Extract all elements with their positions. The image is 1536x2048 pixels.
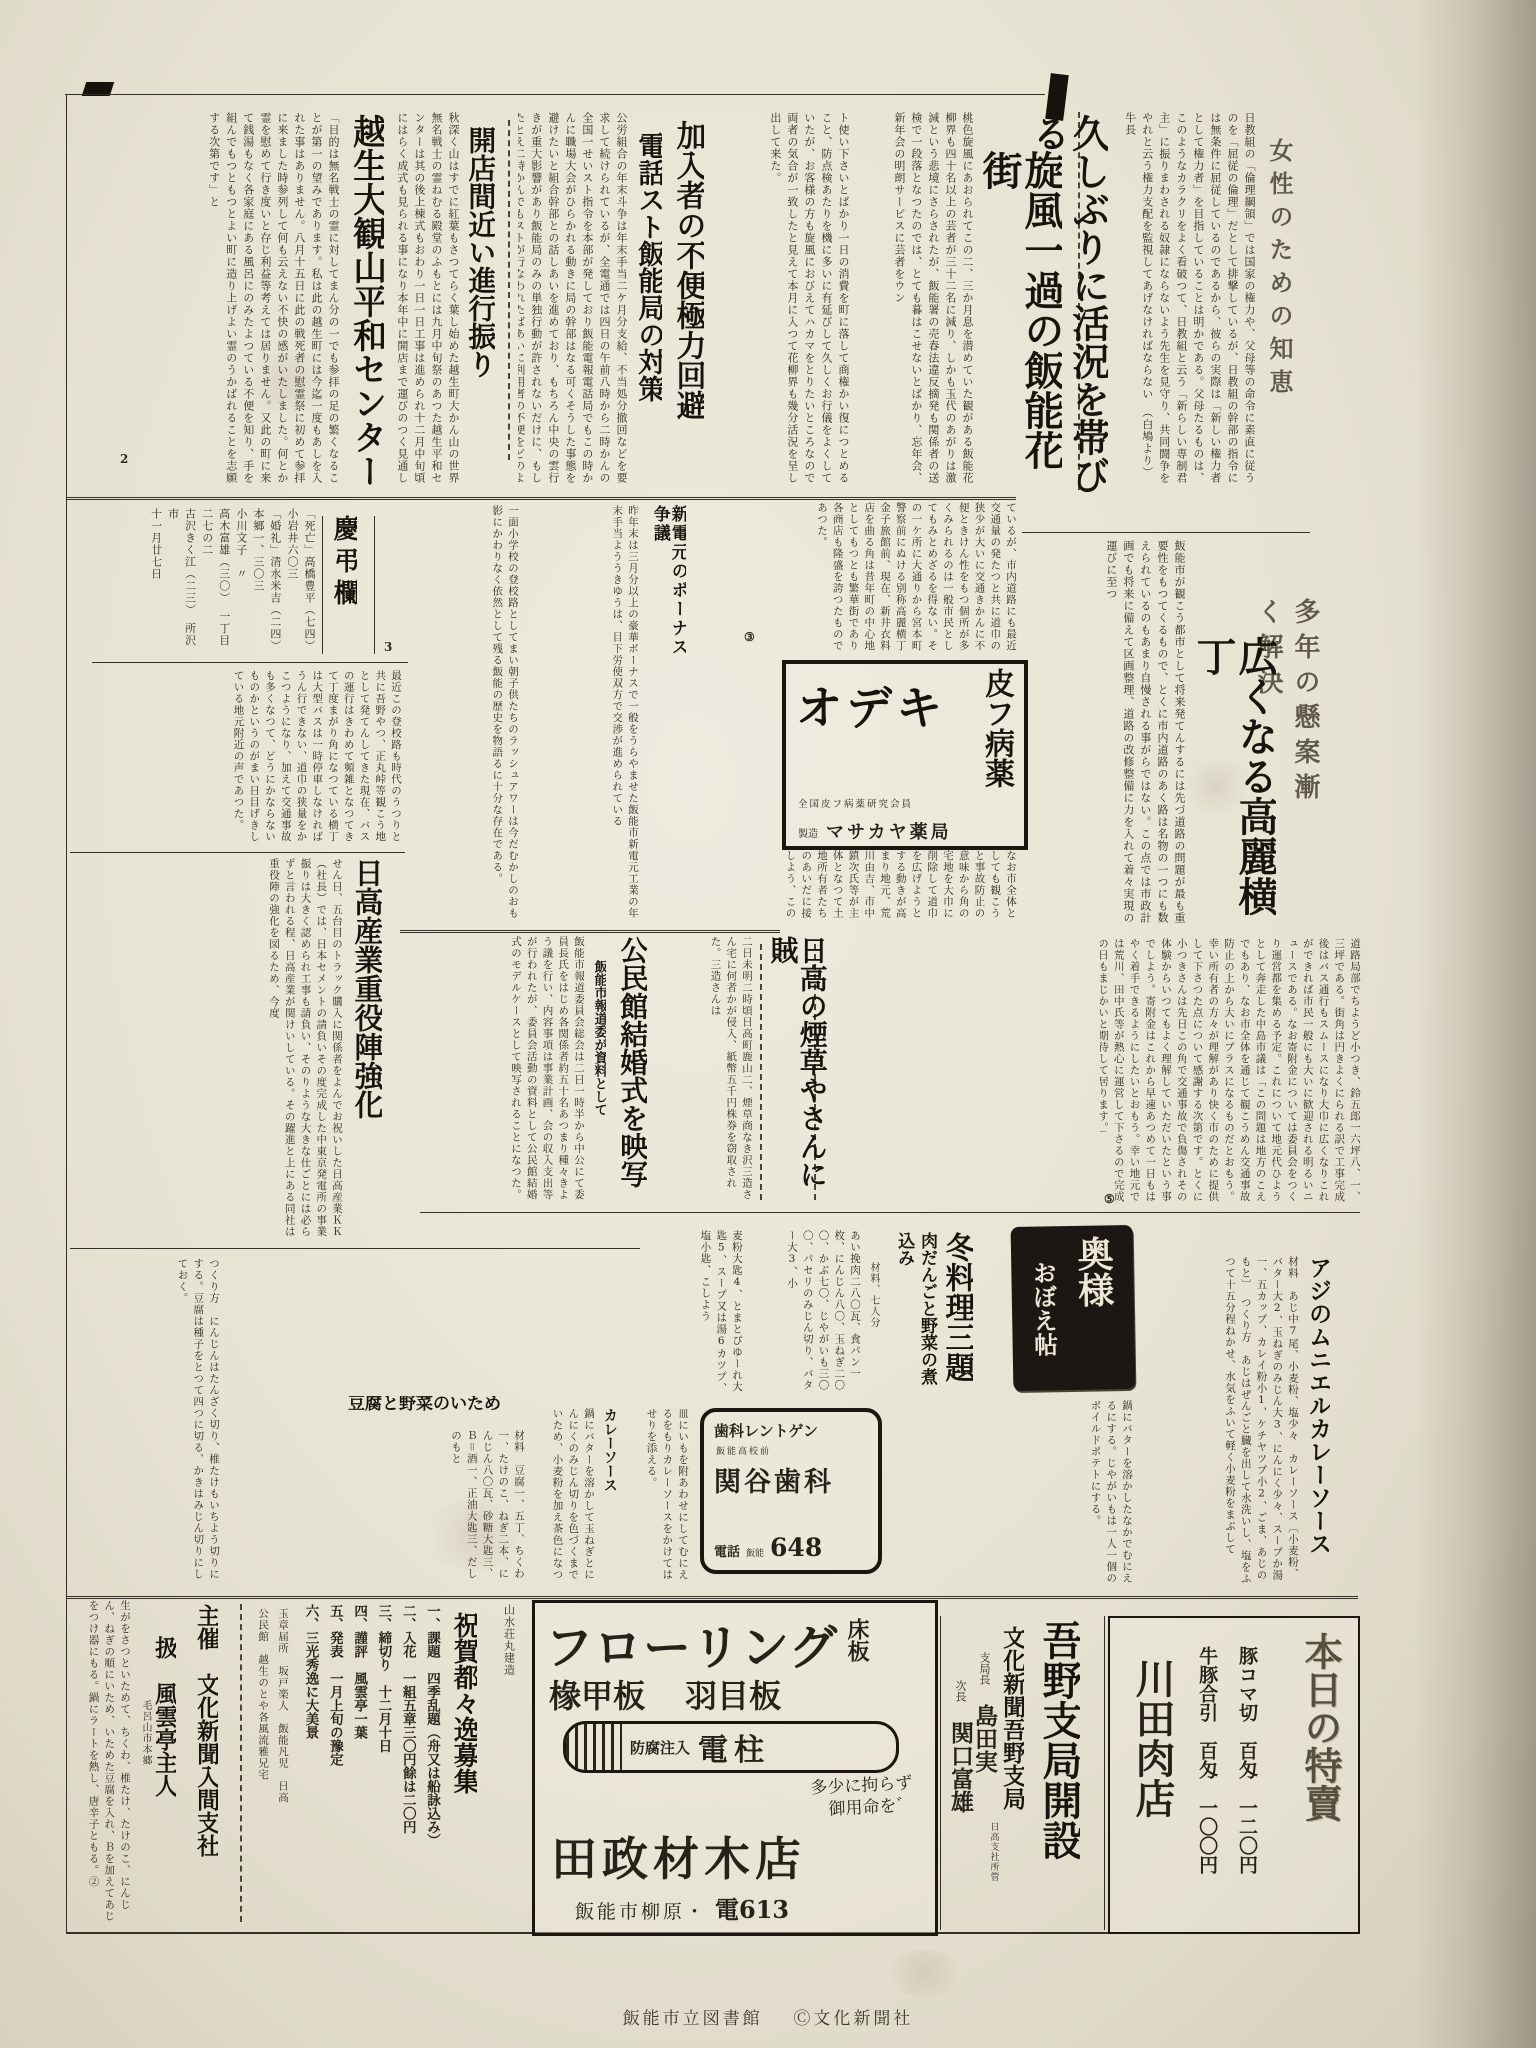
- dodoitsu-items: 一、課題 四季乱題（舟又は船詠込み） 二、入花 一組五章三〇円餘は二〇円 三、締…: [296, 1604, 444, 1924]
- recipe3-title: 豆腐と野菜のいため: [348, 1396, 528, 1422]
- shindengen-headline: 新電元のボーナス争議: [650, 505, 686, 675]
- rowD-top-rule: [66, 1596, 1358, 1599]
- koma-body1: 飯能市が観こう都市として将来発てんするには先づ道路の問題が最も重要性をもつてくる…: [1022, 540, 1188, 930]
- top-rule: [65, 94, 1045, 95]
- fuyu-headline: 冬料理三題: [941, 1232, 973, 1396]
- recipe1-body2: 麦粉大匙4、とまとぴゆーれ大匙5、スープ又は湯6カツプ、塩小匙、こしよう: [648, 1230, 744, 1394]
- tamasa-ad-pole-badge: 防腐注入 電柱: [563, 1721, 899, 1773]
- recipe3-method1: つくり方 にんじんはたんざく切り、椎たけもいちよう切りにする。豆腐は種子をとつて…: [96, 1258, 221, 1588]
- wavy-rule: [508, 120, 510, 460]
- gano-name-2: 関口富雄: [947, 1721, 974, 1813]
- column-marker: 2: [120, 452, 128, 466]
- tamasa-ad-product2: 床板: [842, 1618, 873, 1670]
- kawada-ad-shop: 川田肉店: [1124, 1658, 1181, 1918]
- torn-paper-edge: [1414, 0, 1536, 2048]
- aji-method1: 鍋にバターを溶かしたなかでむにえるにする。じやがいもは一人一個のボイルドポテトに…: [1014, 1400, 1134, 1590]
- tamasa-ad-badge-small: 防腐注入: [630, 1737, 690, 1758]
- ogose-body1: 秋深く山はすでに紅葉もさつてらく葉し始めた越生町大かん山の世界無名戦士の霊ねむる…: [396, 112, 462, 494]
- tamasa-ad: フローリング 床板 椽甲板 羽目板 防腐注入 電柱 多少に拘らず 御用命を゛ 田…: [532, 1600, 938, 1936]
- koma-body3b: 最近この登校路も時代のうつりと共に吾野やつ、正丸峠等観こう地として発てんしてきた…: [95, 670, 403, 846]
- hanamachi-lede: 桃色旋風にあおられてこの二、三か月息を潜めていた観がある飯能花柳界も四十名以上の…: [858, 112, 976, 494]
- rowA-bottom-rule: [66, 497, 1016, 500]
- denwa-body: 公労組合の年末斗争は年末手当二ケ月分支給、不当処分撤回などを要求して続けられてい…: [518, 112, 630, 494]
- keicho-decor-rule: [374, 516, 375, 654]
- keicho-bottom-rule: [92, 662, 408, 663]
- keicho-entries: 「死亡」高橋豊平（七四） 小岩井六〇三 「婚礼」清水米吉（二四） 本郷一、三〇三…: [98, 508, 318, 658]
- column-marker: 3: [384, 640, 392, 654]
- sekiya-ad: 歯科レントゲン 飯能高校前 関谷歯科 電話 飯能 648: [700, 1408, 882, 1574]
- recipe3-body: 材料 豆腐一、五丁、ちくわ一、たけのこ、ねぎ二本、にんじん八〇瓦、砂糖大匙三、Ｂ…: [228, 1430, 526, 1586]
- kawada-ad-items: 豚コマ切 百匁 一二〇円 牛豚合引 百匁 一〇〇円: [1186, 1646, 1266, 1920]
- dodoitsu-host: 主催 文化新聞入間支社: [194, 1604, 218, 1930]
- column-marker: ⑤: [1104, 1192, 1115, 1206]
- koma-headline: 広くなる高麗横丁: [1192, 636, 1276, 932]
- recipe1-title: 肉だんごと野菜の煮込み: [890, 1232, 938, 1400]
- wavy-rule: [760, 944, 762, 1200]
- footer-library: 飯能市立図書館: [623, 2009, 763, 2029]
- kawada-ad-title: 本日の特賣: [1293, 1632, 1348, 1918]
- keicho-title: 慶弔欄: [330, 515, 357, 657]
- sekiya-ad-tel-area: 飯能: [746, 1546, 764, 1559]
- odeki-ad-member: 全国皮フ病薬研究会員: [798, 796, 913, 810]
- tamasa-ad-product: フローリング: [545, 1609, 838, 1678]
- wisdom-title: 女性のための知恵: [1262, 138, 1297, 448]
- recipe3-body2: 生がをさつといためて、ちくわ、椎たけ、たけのこ、にんじん、ねぎの順にいため、いた…: [80, 1600, 132, 1930]
- gano-rule: [940, 1616, 941, 1930]
- thief-body: 二日未明二時頃日高町鹿山二、煙草商なき沢三造さん宅に何者かが侵入、紙幣五千円株券…: [652, 936, 754, 1208]
- tamasa-ad-badge-big: 電柱: [698, 1725, 770, 1769]
- koma-body5: 道路局部でちようど小つき、鈴五郎一六坪八、一、三坪である。街角は円きよくにられる…: [1100, 938, 1362, 1206]
- rowC-mid-rule: [420, 1212, 1360, 1213]
- left-rule: [66, 94, 67, 1934]
- shindengen-body: 昨年末は三月分以上の豪華ボーナスで一般をうらやませた飯能市新電元工業の年末手当よ…: [528, 505, 640, 930]
- ogose-body2: 「目的は無名戦士の霊に対してまん分の一でも参拝の足の繁くなることが第一の望みであ…: [92, 112, 342, 494]
- kouminkan-headline: 公民館結婚式を映写: [618, 936, 647, 1208]
- kouminkan-subhead: 飯能市報道委が資料として: [592, 960, 606, 1206]
- thief-headline: 日高の煙草やさんに賊: [768, 936, 827, 1214]
- dodoitsu-pre: 山水荘丸建造: [500, 1604, 517, 1724]
- koma-body4: なお市全体としても観こうと事故防止の意味から角の宅地を大巾に削除して道巾を広げよ…: [782, 850, 1018, 928]
- gano-person-2: 次長 関口富雄: [944, 1680, 977, 1930]
- okusama-word2: おぼえ帖: [1025, 1260, 1062, 1385]
- ogose-headline-big: 越生大観山平和センター: [348, 114, 384, 492]
- wavy-rule: [240, 1604, 242, 1922]
- sekiya-ad-location: 飯能高校前: [716, 1444, 771, 1457]
- left-mid-rule: [70, 852, 405, 853]
- column-marker: ③: [744, 630, 755, 644]
- odeki-ad-product: オデキ: [796, 672, 946, 738]
- gano-role-2: 次長: [954, 1680, 967, 1702]
- denwa-headline-a: 加入者の不便極力回避: [672, 120, 704, 460]
- hanamachi-body: ト使い下さいとばかり一日の消費を町に落して商権かい復につとめること、防点検あたり…: [740, 112, 852, 494]
- footer-copyright: Ⓒ文化新聞社: [793, 2009, 913, 2029]
- dodoitsu-handler: 扱 風雲亭主人: [152, 1636, 176, 1922]
- left-low-rule: [70, 1248, 640, 1249]
- tamasa-ad-board-b: 羽目板: [685, 1671, 781, 1717]
- keicho-decor-rule: [322, 516, 323, 654]
- aji-method3: 鍋にバターを溶かして玉ねぎとにんにくのみじん切りを色づくまでいため、小麦粉を加え…: [528, 1408, 596, 1588]
- gano-rule: [1104, 1616, 1105, 1930]
- aji-method2: 皿にいもを附あわせにしてむにえるをもりカレーソースをかけてはせりを添える。: [628, 1408, 690, 1588]
- gano-role-1: 支局長: [978, 1652, 991, 1685]
- footer-caption: 飯能市立図書館 Ⓒ文化新聞社: [0, 2004, 1536, 2029]
- odeki-ad: オデキ 皮フ病薬 全国皮フ病薬研究会員 製造 マサカヤ薬局: [782, 660, 1028, 850]
- dodoitsu-handler-addr: 毛呂山市本郷: [138, 1700, 153, 1850]
- okusama-box: 奥様 おぼえ帖: [1011, 1225, 1136, 1391]
- sekiya-ad-name: 関谷歯科: [714, 1460, 834, 1499]
- sangyo-headline: 日高産業重役陣強化: [352, 858, 382, 1154]
- koma-body3a: 一面小学校の登校路としてまい朝子供たちのラッシュアワーは今だむかしのおも影にかわ…: [412, 505, 520, 930]
- kawada-ad: 本日の特賣 豚コマ切 百匁 一二〇円 牛豚合引 百匁 一〇〇円 川田肉店: [1108, 1616, 1360, 1934]
- aji-headline: アジのムニエルカレーソース: [1306, 1256, 1330, 1592]
- odeki-ad-category: 皮フ病薬: [974, 668, 1018, 838]
- recipe1-body: あい挽肉二八〇瓦、食パン一枚、にんじん八〇、玉ねぎ二〇〇、かぶ七〇、じやがいも三…: [752, 1230, 862, 1394]
- tamasa-ad-board-a: 椽甲板: [549, 1671, 645, 1717]
- dodoitsu-places: 玉章届所 坂戸楽人 飯能凡児 日高 公民館 越生のとや各風流雅兄宅: [250, 1608, 292, 1924]
- sekiya-ad-service: 歯科レントゲン: [714, 1420, 818, 1441]
- okusama-word1: 奥様: [1068, 1235, 1121, 1376]
- ogose-headline-small: 開店間近い進行振り: [466, 126, 495, 436]
- recipe1-note: 材料、七人分: [866, 1262, 881, 1362]
- denwa-headline-b: 電話スト飯能局の対策: [634, 132, 662, 462]
- sangyo-body: せん日、五台目のトラック購入に関係者をよんでお祝いした日高産業ＫＫ（社長）では、…: [90, 858, 344, 1238]
- newspaper-page: 女性のための知恵 日教組の「倫理綱領」では国家の権力や、父母等の命令に素直に従う…: [0, 0, 1536, 2048]
- log-end-icon: [566, 1724, 622, 1770]
- sekiya-ad-tel-number: 648: [770, 1533, 822, 1562]
- kouminkan-body: 飯能市報道委員会総会は二日一時半から中公にて委員長氏をはじめ各関係者約五十名あつ…: [420, 936, 586, 1208]
- paper-stain: [880, 1950, 970, 1996]
- rowB-bottom-rule: [400, 930, 780, 933]
- odeki-ad-maker: マサカヤ薬局: [826, 818, 952, 844]
- aji-materials: 材料 あじ中7尾、小麦粉、塩少々 カレーソース〔小麦粉、バター大2、玉ねぎのみじ…: [1146, 1256, 1300, 1590]
- koma-top-rule: [1022, 532, 1310, 533]
- sekiya-ad-tel-label: 電話: [714, 1541, 740, 1560]
- gano-headline: 吾野支局開設: [1038, 1620, 1080, 1928]
- gano-org: 文化新聞吾野支局: [1000, 1626, 1024, 1878]
- hanamachi-headline-b: 旋風一過の飯能花街: [978, 150, 1062, 496]
- dodoitsu-title: 祝賀都々逸募集: [450, 1612, 477, 1864]
- tamasa-ad-shop: 田政材木店: [551, 1823, 806, 1889]
- koma-body2: ているが、市内道路にも最近交通量の発たつと共に道巾の狭少が大いに交通きかんに不便…: [782, 502, 1018, 654]
- tamasa-ad-address: 飯能市柳原・: [575, 1897, 707, 1924]
- tamasa-ad-tel: 電613: [715, 1890, 789, 1925]
- aji-sauce-label: カレーソース: [602, 1408, 617, 1538]
- wisdom-body: 日教組の「倫理綱領」では国家の権力や、父母等の命令に素直に従うのを「屈従の倫理」…: [1092, 112, 1258, 490]
- odeki-ad-maker-label: 製造: [798, 825, 818, 840]
